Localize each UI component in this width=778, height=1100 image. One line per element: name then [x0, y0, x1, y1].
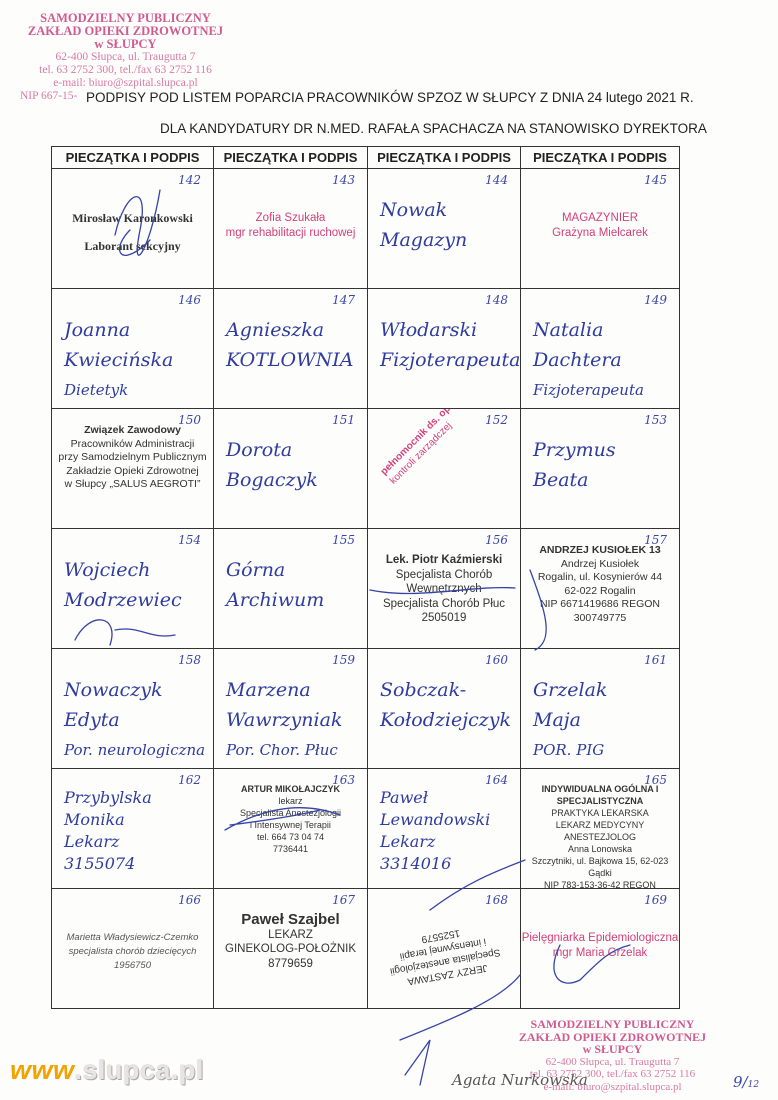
- official-stamp: Paweł SzajbelLEKARZGINEKOLOG-POŁOŻNIK877…: [214, 913, 367, 971]
- handwritten-signature: DorotaBogaczyk: [226, 435, 318, 495]
- signature-cell: 144NowakMagazyn: [368, 169, 521, 289]
- signature-line: Por. Chor. Płuc: [226, 735, 342, 765]
- stamp-line: 62-400 Słupca, ul. Traugutta 7: [500, 1056, 725, 1069]
- column-header: PIECZĄTKA I PODPIS: [214, 147, 368, 169]
- signature-cell: 163ARTUR MIKOŁAJCZYKlekarzSpecjalista An…: [214, 769, 368, 889]
- entry-number: 148: [485, 293, 508, 307]
- stamp-line: Lek. Piotr Kaźmierski: [368, 553, 520, 568]
- signature-line: Przymus: [533, 435, 616, 465]
- entry-number: 142: [178, 173, 201, 187]
- stamp-line: ARTUR MIKOŁAJCZYK: [214, 783, 367, 795]
- official-stamp: ANDRZEJ KUSIOŁEK 13Andrzej KusiołekRogal…: [521, 544, 679, 625]
- signature-line: Lekarz: [64, 831, 152, 853]
- table-row: 146JoannaKwiecińskaDietetyk147AgnieszkaK…: [52, 289, 680, 409]
- signature-cell: 159MarzenaWawrzyniakPor. Chor. Płuc: [214, 649, 368, 769]
- stamp-line: 2505019: [368, 611, 520, 626]
- handwritten-signature: PrzymusBeata: [533, 435, 616, 495]
- document-subtitle: DLA KANDYDATURY DR N.MED. RAFAŁA SPACHAC…: [160, 121, 640, 136]
- signature-line: Wawrzyniak: [226, 705, 342, 735]
- handwritten-signature: WojciechModrzewiec: [64, 555, 182, 615]
- signature-line: Górna: [226, 555, 324, 585]
- official-stamp: Marietta Władysiewicz-Czemkospecjalista …: [52, 931, 213, 973]
- column-header: PIECZĄTKA I PODPIS: [521, 147, 680, 169]
- signature-line: Beata: [533, 465, 616, 495]
- signature-cell: 165INDYWIDUALNA OGÓLNA I SPECJALISTYCZNA…: [521, 769, 680, 889]
- entry-number: 168: [485, 893, 508, 907]
- signature-cell: 162PrzybylskaMonikaLekarz3155074: [52, 769, 214, 889]
- entry-number: 155: [332, 533, 355, 547]
- stamp-line: Andrzej Kusiołek: [521, 558, 679, 572]
- stamp-line: 1956750: [52, 959, 213, 973]
- stamp-line: SAMODZIELNY PUBLICZNY: [500, 1018, 725, 1031]
- signature-line: Modrzewiec: [64, 585, 182, 615]
- signature-line: Por. neurologiczna: [64, 735, 205, 765]
- column-header: PIECZĄTKA I PODPIS: [52, 147, 214, 169]
- stamp-line: Anna Lonowska: [521, 843, 679, 855]
- stamp-line: NIP 783-153-36-42 REGON 634644672: [521, 879, 679, 889]
- stamp-line: specjalista chorób dziecięcych: [52, 945, 213, 959]
- signature-cell: 148WłodarskiFizjoterapeuta: [368, 289, 521, 409]
- stamp-line: tel. 63 2752 300, tel./fax 63 2752 116: [18, 64, 233, 77]
- signature-line: Fizjoterapeuta: [380, 345, 521, 375]
- stamp-line: przy Samodzielnym Publicznym: [52, 451, 213, 465]
- entry-number: 167: [332, 893, 355, 907]
- signature-line: 3314016: [380, 853, 490, 875]
- handwritten-signature: NataliaDachteraFizjoterapeuta: [533, 315, 644, 405]
- entry-number: 143: [332, 173, 355, 187]
- stamp-line: Mirosław Karonkowski: [52, 204, 213, 232]
- handwritten-signature: JoannaKwiecińskaDietetyk: [64, 315, 173, 405]
- handwritten-signature: Sobczak-Kołodziejczyk: [380, 675, 520, 735]
- signature-line: Agnieszka: [226, 315, 354, 345]
- stamp-line: Paweł Szajbel: [214, 913, 367, 928]
- stamp-line: 62-022 Rogalin: [521, 585, 679, 599]
- page-total: 12: [748, 1080, 759, 1090]
- stamp-line: Laborant sekcyjny: [52, 232, 213, 260]
- page-number: 9/12: [733, 1073, 759, 1091]
- signature-cell: 150Związek ZawodowyPracowników Administr…: [52, 409, 214, 529]
- signature-line: KOTLOWNIA: [226, 345, 354, 375]
- stamp-line: ANDRZEJ KUSIOŁEK 13: [521, 544, 679, 558]
- official-stamp: MAGAZYNIERGrażyna Mielcarek: [521, 211, 679, 240]
- signature-cell: 156Lek. Piotr KaźmierskiSpecjalista Chor…: [368, 529, 521, 649]
- stamp-line: INDYWIDUALNA OGÓLNA I SPECJALISTYCZNA: [521, 783, 679, 807]
- signature-line: Monika: [64, 809, 152, 831]
- handwritten-signature: PrzybylskaMonikaLekarz3155074: [64, 787, 152, 875]
- signature-line: Przybylska: [64, 787, 152, 809]
- signature-line: Paweł: [380, 787, 490, 809]
- stamp-line: Szczytniki, ul. Bajkowa 15, 62-023 Gądki: [521, 855, 679, 879]
- official-stamp: Zofia Szukałamgr rehabilitacji ruchowej: [214, 211, 367, 240]
- signature-cell: 166Marietta Władysiewicz-Czemkospecjalis…: [52, 889, 214, 1009]
- stamp-line: PRAKTYKA LEKARSKA: [521, 807, 679, 819]
- stamp-line: w SŁUPCY: [18, 38, 233, 51]
- signature-cell: 142Mirosław KaronkowskiLaborant sekcyjny: [52, 169, 214, 289]
- entry-number: 160: [485, 653, 508, 667]
- handwritten-signature: GrzelakMajaPOR. PIG: [533, 675, 607, 765]
- signature-line: Maja: [533, 705, 607, 735]
- signature-cell: 143Zofia Szukałamgr rehabilitacji ruchow…: [214, 169, 368, 289]
- signature-line: Dachtera: [533, 345, 644, 375]
- signature-line: Edyta: [64, 705, 205, 735]
- stamp-line: Rogalin, ul. Kosynierów 44: [521, 571, 679, 585]
- signature-cell: 146JoannaKwiecińskaDietetyk: [52, 289, 214, 409]
- signature-line: Włodarski: [380, 315, 521, 345]
- signature-line: Wojciech: [64, 555, 182, 585]
- table-row: 166Marietta Władysiewicz-Czemkospecjalis…: [52, 889, 680, 1009]
- stamp-line: Pracowników Administracji: [52, 438, 213, 452]
- stamp-line: Grażyna Mielcarek: [521, 226, 679, 241]
- entry-number: 152: [485, 413, 508, 427]
- signature-cell: 157ANDRZEJ KUSIOŁEK 13Andrzej KusiołekRo…: [521, 529, 680, 649]
- stamp-line: Zofia Szukała: [214, 211, 367, 226]
- signature-line: Natalia: [533, 315, 644, 345]
- signature-line: Fizjoterapeuta: [533, 375, 644, 405]
- stamp-line: Specjalista Anestezjologii: [214, 807, 367, 819]
- signature-cell: 169Pielęgniarka Epidemiologicznamgr Mari…: [521, 889, 680, 1009]
- stamp-line: Zakładzie Opieki Zdrowotnej: [52, 465, 213, 479]
- logo-www: www: [10, 1055, 75, 1085]
- signature-line: Bogaczyk: [226, 465, 318, 495]
- entry-number: 146: [178, 293, 201, 307]
- table-row: 142Mirosław KaronkowskiLaborant sekcyjny…: [52, 169, 680, 289]
- signature-line: Dietetyk: [64, 375, 173, 405]
- stamp-line: 8779659: [214, 957, 367, 972]
- official-stamp: Pielęgniarka Epidemiologicznamgr Maria G…: [521, 931, 679, 960]
- signature-line: 3155074: [64, 853, 152, 875]
- logo-domain: .slupca.pl: [75, 1055, 205, 1085]
- table-row: 158NowaczykEdytaPor. neurologiczna159Mar…: [52, 649, 680, 769]
- handwritten-signature: GórnaArchiwum: [226, 555, 324, 615]
- signature-cell: 149NataliaDachteraFizjoterapeuta: [521, 289, 680, 409]
- signature-line: Magazyn: [380, 225, 467, 255]
- entry-number: 147: [332, 293, 355, 307]
- entry-number: 151: [332, 413, 355, 427]
- official-stamp: Związek ZawodowyPracowników Administracj…: [52, 424, 213, 492]
- entry-number: 159: [332, 653, 355, 667]
- signature-line: POR. PIG: [533, 735, 607, 765]
- official-stamp: pełnomocnik ds. optymalizacji,kontroli z…: [378, 409, 501, 488]
- stamp-line: LEKARZ: [214, 928, 367, 943]
- signature-line: Joanna: [64, 315, 173, 345]
- official-stamp: Mirosław KaronkowskiLaborant sekcyjny: [52, 204, 213, 260]
- stamp-line: 62-400 Słupca, ul. Traugutta 7: [18, 51, 233, 64]
- entry-number: 158: [178, 653, 201, 667]
- document-title: PODPISY POD LISTEM POPARCIA PRACOWNIKÓW …: [86, 90, 686, 105]
- handwritten-signature: NowaczykEdytaPor. neurologiczna: [64, 675, 205, 765]
- entry-number: 166: [178, 893, 201, 907]
- signature-cell: 154WojciechModrzewiec: [52, 529, 214, 649]
- entry-number: 154: [178, 533, 201, 547]
- table-row: 154WojciechModrzewiec155GórnaArchiwum156…: [52, 529, 680, 649]
- handwritten-signature: WłodarskiFizjoterapeuta: [380, 315, 521, 375]
- stamp-line: w SŁUPCY: [500, 1043, 725, 1056]
- stamp-line: LEKARZ MEDYCYNY ANESTEZJOLOG: [521, 819, 679, 843]
- table-row: 150Związek ZawodowyPracowników Administr…: [52, 409, 680, 529]
- stamp-line: mgr rehabilitacji ruchowej: [214, 226, 367, 241]
- entry-number: 161: [644, 653, 667, 667]
- signature-cell: 151DorotaBogaczyk: [214, 409, 368, 529]
- signature-cell: 167Paweł SzajbelLEKARZGINEKOLOG-POŁOŻNIK…: [214, 889, 368, 1009]
- signature-line: Dorota: [226, 435, 318, 465]
- handwritten-signature: MarzenaWawrzyniakPor. Chor. Płuc: [226, 675, 342, 765]
- stamp-line: Specjalista Chorób Wewnętrznych: [368, 568, 520, 597]
- signature-cell: 145MAGAZYNIERGrażyna Mielcarek: [521, 169, 680, 289]
- page-current: 9: [733, 1073, 743, 1091]
- stamp-line: Specjalista Chorób Płuc: [368, 597, 520, 612]
- signature-line: Sobczak-Kołodziejczyk: [380, 675, 520, 735]
- signature-line: Marzena: [226, 675, 342, 705]
- entry-number: 153: [644, 413, 667, 427]
- handwritten-signature: PawełLewandowskiLekarz3314016: [380, 787, 490, 875]
- stamp-line: MAGAZYNIER: [521, 211, 679, 226]
- stamp-line: i Intensywnej Terapii: [214, 819, 367, 831]
- slupca-logo: www.slupca.pl: [10, 1055, 204, 1086]
- entry-number: 164: [485, 773, 508, 787]
- signature-cell: 155GórnaArchiwum: [214, 529, 368, 649]
- entry-number: 149: [644, 293, 667, 307]
- signature-cell: 164PawełLewandowskiLekarz3314016: [368, 769, 521, 889]
- signature-line: Nowak: [380, 195, 467, 225]
- handwritten-signature: NowakMagazyn: [380, 195, 467, 255]
- stamp-line: e-mail: biuro@szpital.slupca.pl: [18, 77, 233, 90]
- stamp-line: mgr Maria Grzelak: [521, 946, 679, 961]
- table-header-row: PIECZĄTKA I PODPIS PIECZĄTKA I PODPIS PI…: [52, 147, 680, 169]
- signature-cell: 153PrzymusBeata: [521, 409, 680, 529]
- entry-number: 162: [178, 773, 201, 787]
- official-stamp: JERZY ZASTAWASpecjalista anestezjologiii…: [368, 916, 521, 994]
- signature-table: PIECZĄTKA I PODPIS PIECZĄTKA I PODPIS PI…: [51, 146, 680, 1009]
- stamp-line: NIP 6671419686 REGON 300749775: [521, 598, 679, 625]
- signature-cell: 161GrzelakMajaPOR. PIG: [521, 649, 680, 769]
- handwritten-signature: AgnieszkaKOTLOWNIA: [226, 315, 354, 375]
- official-stamp: ARTUR MIKOŁAJCZYKlekarzSpecjalista Anest…: [214, 783, 367, 855]
- signature-line: Archiwum: [226, 585, 324, 615]
- table-row: 162PrzybylskaMonikaLekarz3155074163ARTUR…: [52, 769, 680, 889]
- column-header: PIECZĄTKA I PODPIS: [368, 147, 521, 169]
- stamp-line: tel. 664 73 04 74: [214, 831, 367, 843]
- stamp-line: Pielęgniarka Epidemiologiczna: [521, 931, 679, 946]
- signature-cell: 160Sobczak-Kołodziejczyk: [368, 649, 521, 769]
- stamp-line: Związek Zawodowy: [52, 424, 213, 438]
- stamp-line: Marietta Władysiewicz-Czemko: [52, 931, 213, 945]
- signature-cell: 152pełnomocnik ds. optymalizacji,kontrol…: [368, 409, 521, 529]
- stamp-line: w Słupcy „SALUS AEGROTI”: [52, 478, 213, 492]
- entry-number: 144: [485, 173, 508, 187]
- stamp-line: GINEKOLOG-POŁOŻNIK: [214, 942, 367, 957]
- stamp-line: 7736441: [214, 843, 367, 855]
- signature-line: Lewandowski: [380, 809, 490, 831]
- signature-cell: 147AgnieszkaKOTLOWNIA: [214, 289, 368, 409]
- entry-number: 145: [644, 173, 667, 187]
- entry-number: 169: [644, 893, 667, 907]
- signature-cell: 168JERZY ZASTAWASpecjalista anestezjolog…: [368, 889, 521, 1009]
- signature-cell: 158NowaczykEdytaPor. neurologiczna: [52, 649, 214, 769]
- signatory-name: Agata Nurkowska: [452, 1071, 588, 1089]
- signature-line: Kwiecińska: [64, 345, 173, 375]
- official-stamp: INDYWIDUALNA OGÓLNA I SPECJALISTYCZNAPRA…: [521, 783, 679, 889]
- entry-number: 156: [485, 533, 508, 547]
- signature-line: Nowaczyk: [64, 675, 205, 705]
- stamp-line: lekarz: [214, 795, 367, 807]
- official-stamp: Lek. Piotr KaźmierskiSpecjalista Chorób …: [368, 553, 520, 626]
- signature-line: Grzelak: [533, 675, 607, 705]
- signature-line: Lekarz: [380, 831, 490, 853]
